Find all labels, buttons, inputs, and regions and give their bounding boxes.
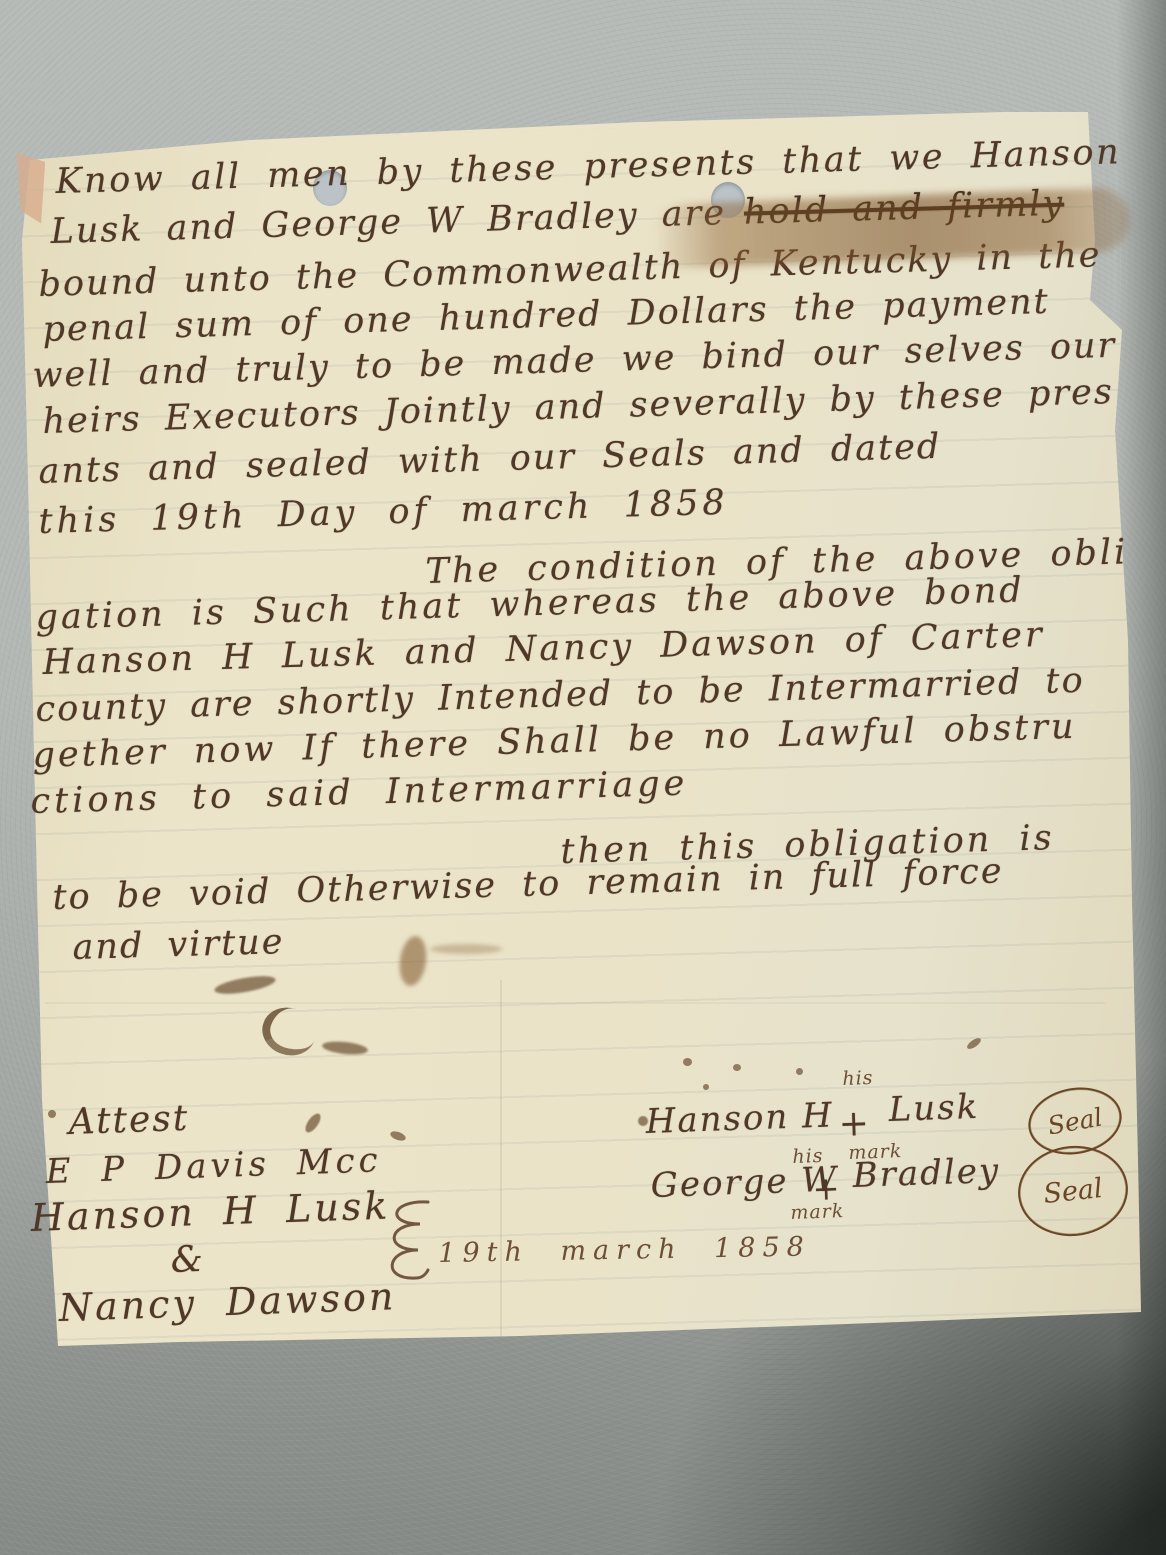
body-line-17: and virtue	[72, 922, 285, 968]
document-photo: Know all men by these presents that we H…	[0, 0, 1166, 1555]
seal-bottom-label: Seal	[1042, 1172, 1104, 1209]
body-line-2-text: Lusk and George W Bradley are	[50, 193, 727, 252]
body-line-16: to be void Otherwise to remain in full f…	[52, 851, 1004, 918]
ink-stain	[703, 1084, 709, 1090]
clerk-signature: E P Davis Mcc	[45, 1140, 382, 1192]
ink-stain	[213, 973, 276, 998]
ink-stain	[397, 934, 430, 987]
ink-stain	[256, 1001, 322, 1062]
flourish-squiggle	[382, 1198, 440, 1296]
connector-ampersand: &	[170, 1239, 203, 1281]
groom-attest-signature: Hanson H Lusk	[30, 1183, 391, 1240]
date-line: 19th march 1858	[438, 1231, 811, 1268]
ink-stain	[48, 1110, 56, 1118]
seal-bottom: Seal	[1014, 1140, 1133, 1241]
groom-his-label: his	[842, 1067, 874, 1090]
groom-mark-symbol: +	[838, 1103, 870, 1145]
attest-label: Attest	[68, 1098, 190, 1143]
seal-top-label: Seal	[1045, 1102, 1104, 1140]
ink-stain	[683, 1058, 692, 1066]
ink-stain	[389, 1130, 407, 1143]
ink-stain	[430, 944, 502, 954]
ink-stain	[796, 1068, 803, 1075]
body-line-8: this 19th Day of march 1858	[38, 483, 729, 542]
groom-signature-first: Hanson H	[645, 1095, 834, 1142]
ink-stain	[321, 1040, 368, 1057]
crease	[500, 980, 502, 1336]
crease	[45, 1002, 1105, 1004]
groom-signature-last: Lusk	[888, 1087, 980, 1130]
handwriting-layer: Know all men by these presents that we H…	[0, 0, 1166, 1555]
bride-signature: Nancy Dawson	[58, 1274, 397, 1330]
witness-signature-first: George W	[650, 1159, 839, 1206]
ink-stain	[965, 1036, 982, 1051]
witness-signature-last: Bradley	[852, 1151, 1001, 1196]
ink-stain	[733, 1064, 741, 1071]
ink-stain	[303, 1111, 324, 1135]
witness-mark-label: mark	[790, 1200, 845, 1224]
